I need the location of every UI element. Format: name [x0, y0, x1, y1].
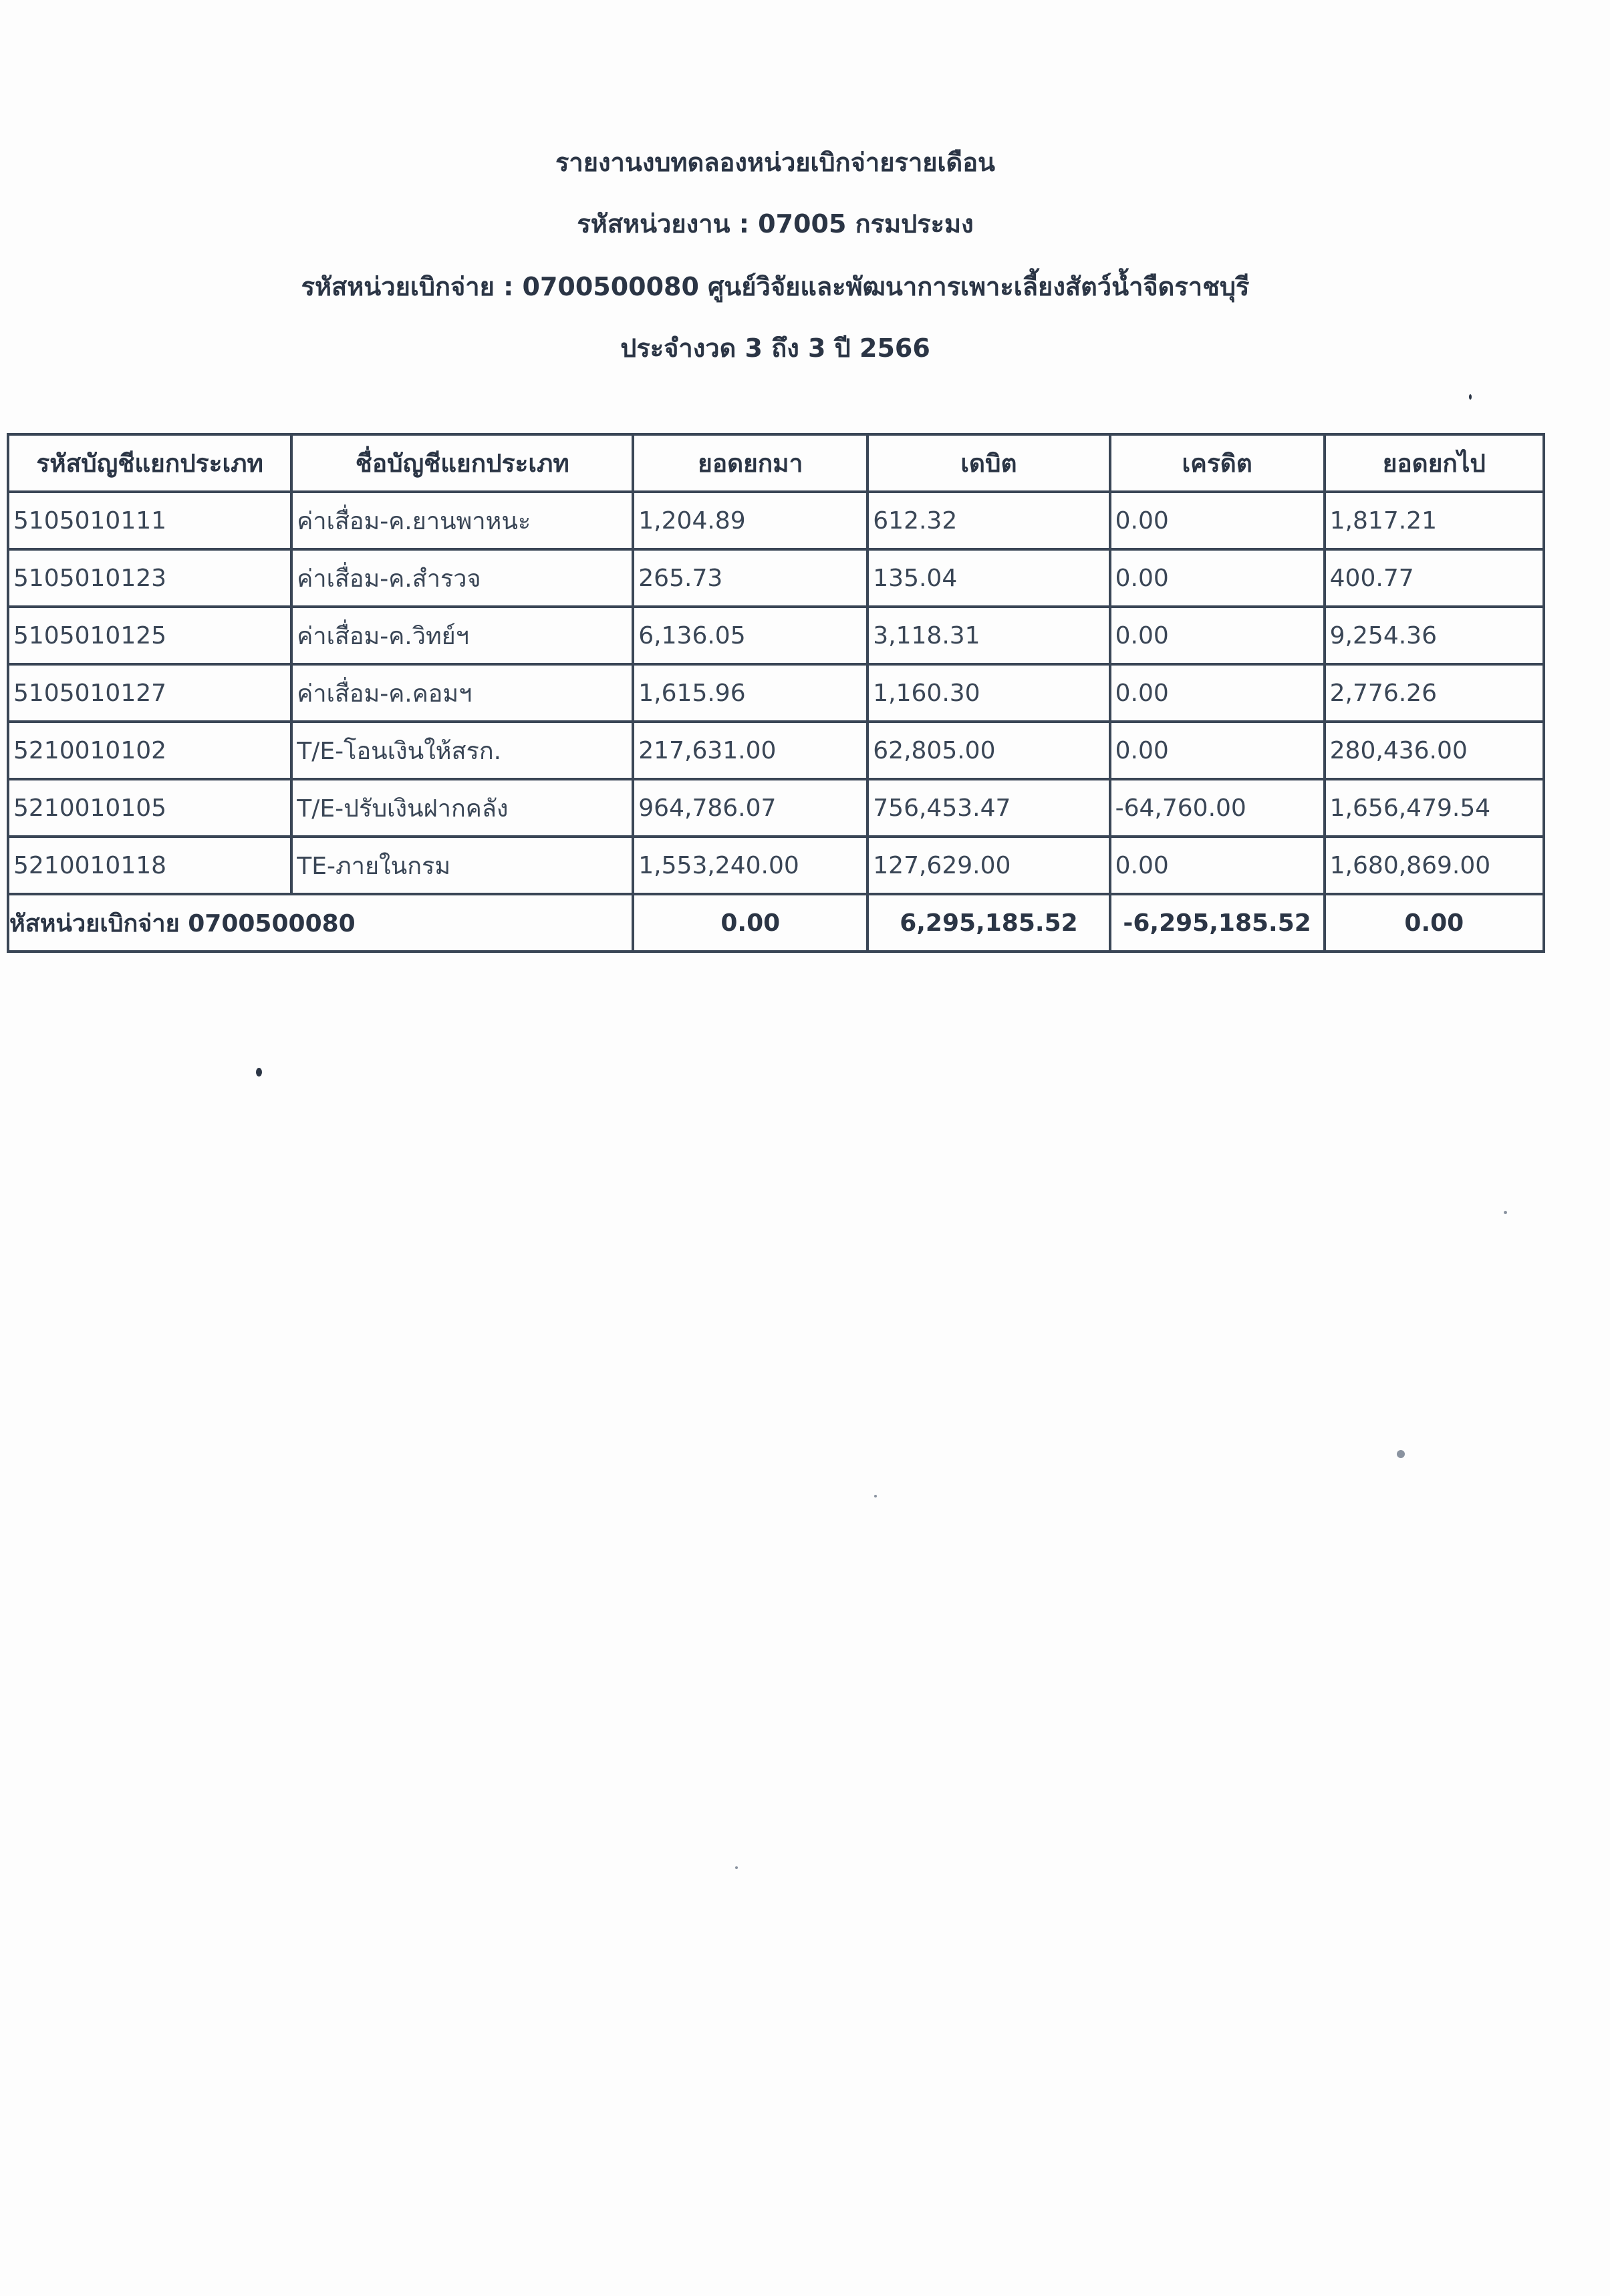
- disbursing-unit-line: รหัสหน่วยเบิกจ่าย : 0700500080 ศูนย์วิจั…: [0, 266, 1551, 307]
- brought-forward: 1,615.96: [633, 664, 867, 722]
- account-code: 5105010127: [8, 664, 291, 722]
- account-code: 5210010102: [8, 722, 291, 779]
- scan-speck: [735, 1866, 738, 1869]
- brought-forward: 964,786.07: [633, 779, 867, 837]
- carried-forward: 9,254.36: [1325, 607, 1544, 664]
- account-name: ค่าเสื่อม-ค.คอมฯ: [291, 664, 633, 722]
- account-code: 5105010123: [8, 549, 291, 607]
- scan-speck: [1397, 1450, 1405, 1458]
- table-row: 5105010123 ค่าเสื่อม-ค.สำรวจ 265.73 135.…: [8, 549, 1544, 607]
- total-brought-forward: 0.00: [633, 894, 867, 952]
- total-row: หัสหน่วยเบิกจ่าย 0700500080 0.00 6,295,1…: [8, 894, 1544, 952]
- table-row: 5210010105 T/E-ปรับเงินฝากคลัง 964,786.0…: [8, 779, 1544, 837]
- account-code: 5105010125: [8, 607, 291, 664]
- account-code: 5105010111: [8, 492, 291, 549]
- table-row: 5105010111 ค่าเสื่อม-ค.ยานพาหนะ 1,204.89…: [8, 492, 1544, 549]
- account-name: T/E-โอนเงินให้สรก.: [291, 722, 633, 779]
- carried-forward: 1,817.21: [1325, 492, 1544, 549]
- total-debit: 6,295,185.52: [867, 894, 1109, 952]
- debit: 612.32: [867, 492, 1109, 549]
- debit: 756,453.47: [867, 779, 1109, 837]
- brought-forward: 265.73: [633, 549, 867, 607]
- table-header-row: รหัสบัญชีแยกประเภท ชื่อบัญชีแยกประเภท ยอ…: [8, 434, 1544, 492]
- account-name: T/E-ปรับเงินฝากคลัง: [291, 779, 633, 837]
- brought-forward: 1,553,240.00: [633, 837, 867, 894]
- report-title: รายงานงบทดลองหน่วยเบิกจ่ายรายเดือน: [0, 142, 1551, 182]
- carried-forward: 280,436.00: [1325, 722, 1544, 779]
- credit: 0.00: [1110, 549, 1325, 607]
- total-carried-forward: 0.00: [1325, 894, 1544, 952]
- header-debit: เดบิต: [867, 434, 1109, 492]
- carried-forward: 400.77: [1325, 549, 1544, 607]
- table-row: 5105010127 ค่าเสื่อม-ค.คอมฯ 1,615.96 1,1…: [8, 664, 1544, 722]
- account-code: 5210010118: [8, 837, 291, 894]
- credit: 0.00: [1110, 607, 1325, 664]
- scan-speck: [1469, 394, 1472, 400]
- table-row: 5210010118 TE-ภายในกรม 1,553,240.00 127,…: [8, 837, 1544, 894]
- total-label: หัสหน่วยเบิกจ่าย 0700500080: [8, 894, 633, 952]
- table-row: 5105010125 ค่าเสื่อม-ค.วิทย์ฯ 6,136.05 3…: [8, 607, 1544, 664]
- scan-speck: [1504, 1211, 1507, 1214]
- header-account-name: ชื่อบัญชีแยกประเภท: [291, 434, 633, 492]
- carried-forward: 2,776.26: [1325, 664, 1544, 722]
- credit: 0.00: [1110, 664, 1325, 722]
- account-name: ค่าเสื่อม-ค.สำรวจ: [291, 549, 633, 607]
- table-row: 5210010102 T/E-โอนเงินให้สรก. 217,631.00…: [8, 722, 1544, 779]
- debit: 1,160.30: [867, 664, 1109, 722]
- carried-forward: 1,680,869.00: [1325, 837, 1544, 894]
- credit: 0.00: [1110, 722, 1325, 779]
- credit: 0.00: [1110, 837, 1325, 894]
- brought-forward: 6,136.05: [633, 607, 867, 664]
- account-code: 5210010105: [8, 779, 291, 837]
- credit: 0.00: [1110, 492, 1325, 549]
- account-name: ค่าเสื่อม-ค.วิทย์ฯ: [291, 607, 633, 664]
- trial-balance-table: รหัสบัญชีแยกประเภท ชื่อบัญชีแยกประเภท ยอ…: [7, 433, 1545, 953]
- header-credit: เครดิต: [1110, 434, 1325, 492]
- header-account-code: รหัสบัญชีแยกประเภท: [8, 434, 291, 492]
- debit: 135.04: [867, 549, 1109, 607]
- total-credit: -6,295,185.52: [1110, 894, 1325, 952]
- account-name: TE-ภายในกรม: [291, 837, 633, 894]
- header-brought-forward: ยอดยกมา: [633, 434, 867, 492]
- account-name: ค่าเสื่อม-ค.ยานพาหนะ: [291, 492, 633, 549]
- debit: 3,118.31: [867, 607, 1109, 664]
- agency-code-line: รหัสหน่วยงาน : 07005 กรมประมง: [0, 203, 1551, 244]
- debit: 62,805.00: [867, 722, 1109, 779]
- carried-forward: 1,656,479.54: [1325, 779, 1544, 837]
- credit: -64,760.00: [1110, 779, 1325, 837]
- scan-speck: [874, 1495, 877, 1497]
- period-line: ประจำงวด 3 ถึง 3 ปี 2566: [0, 327, 1551, 368]
- brought-forward: 217,631.00: [633, 722, 867, 779]
- brought-forward: 1,204.89: [633, 492, 867, 549]
- header-carried-forward: ยอดยกไป: [1325, 434, 1544, 492]
- debit: 127,629.00: [867, 837, 1109, 894]
- scan-speck: [256, 1068, 262, 1077]
